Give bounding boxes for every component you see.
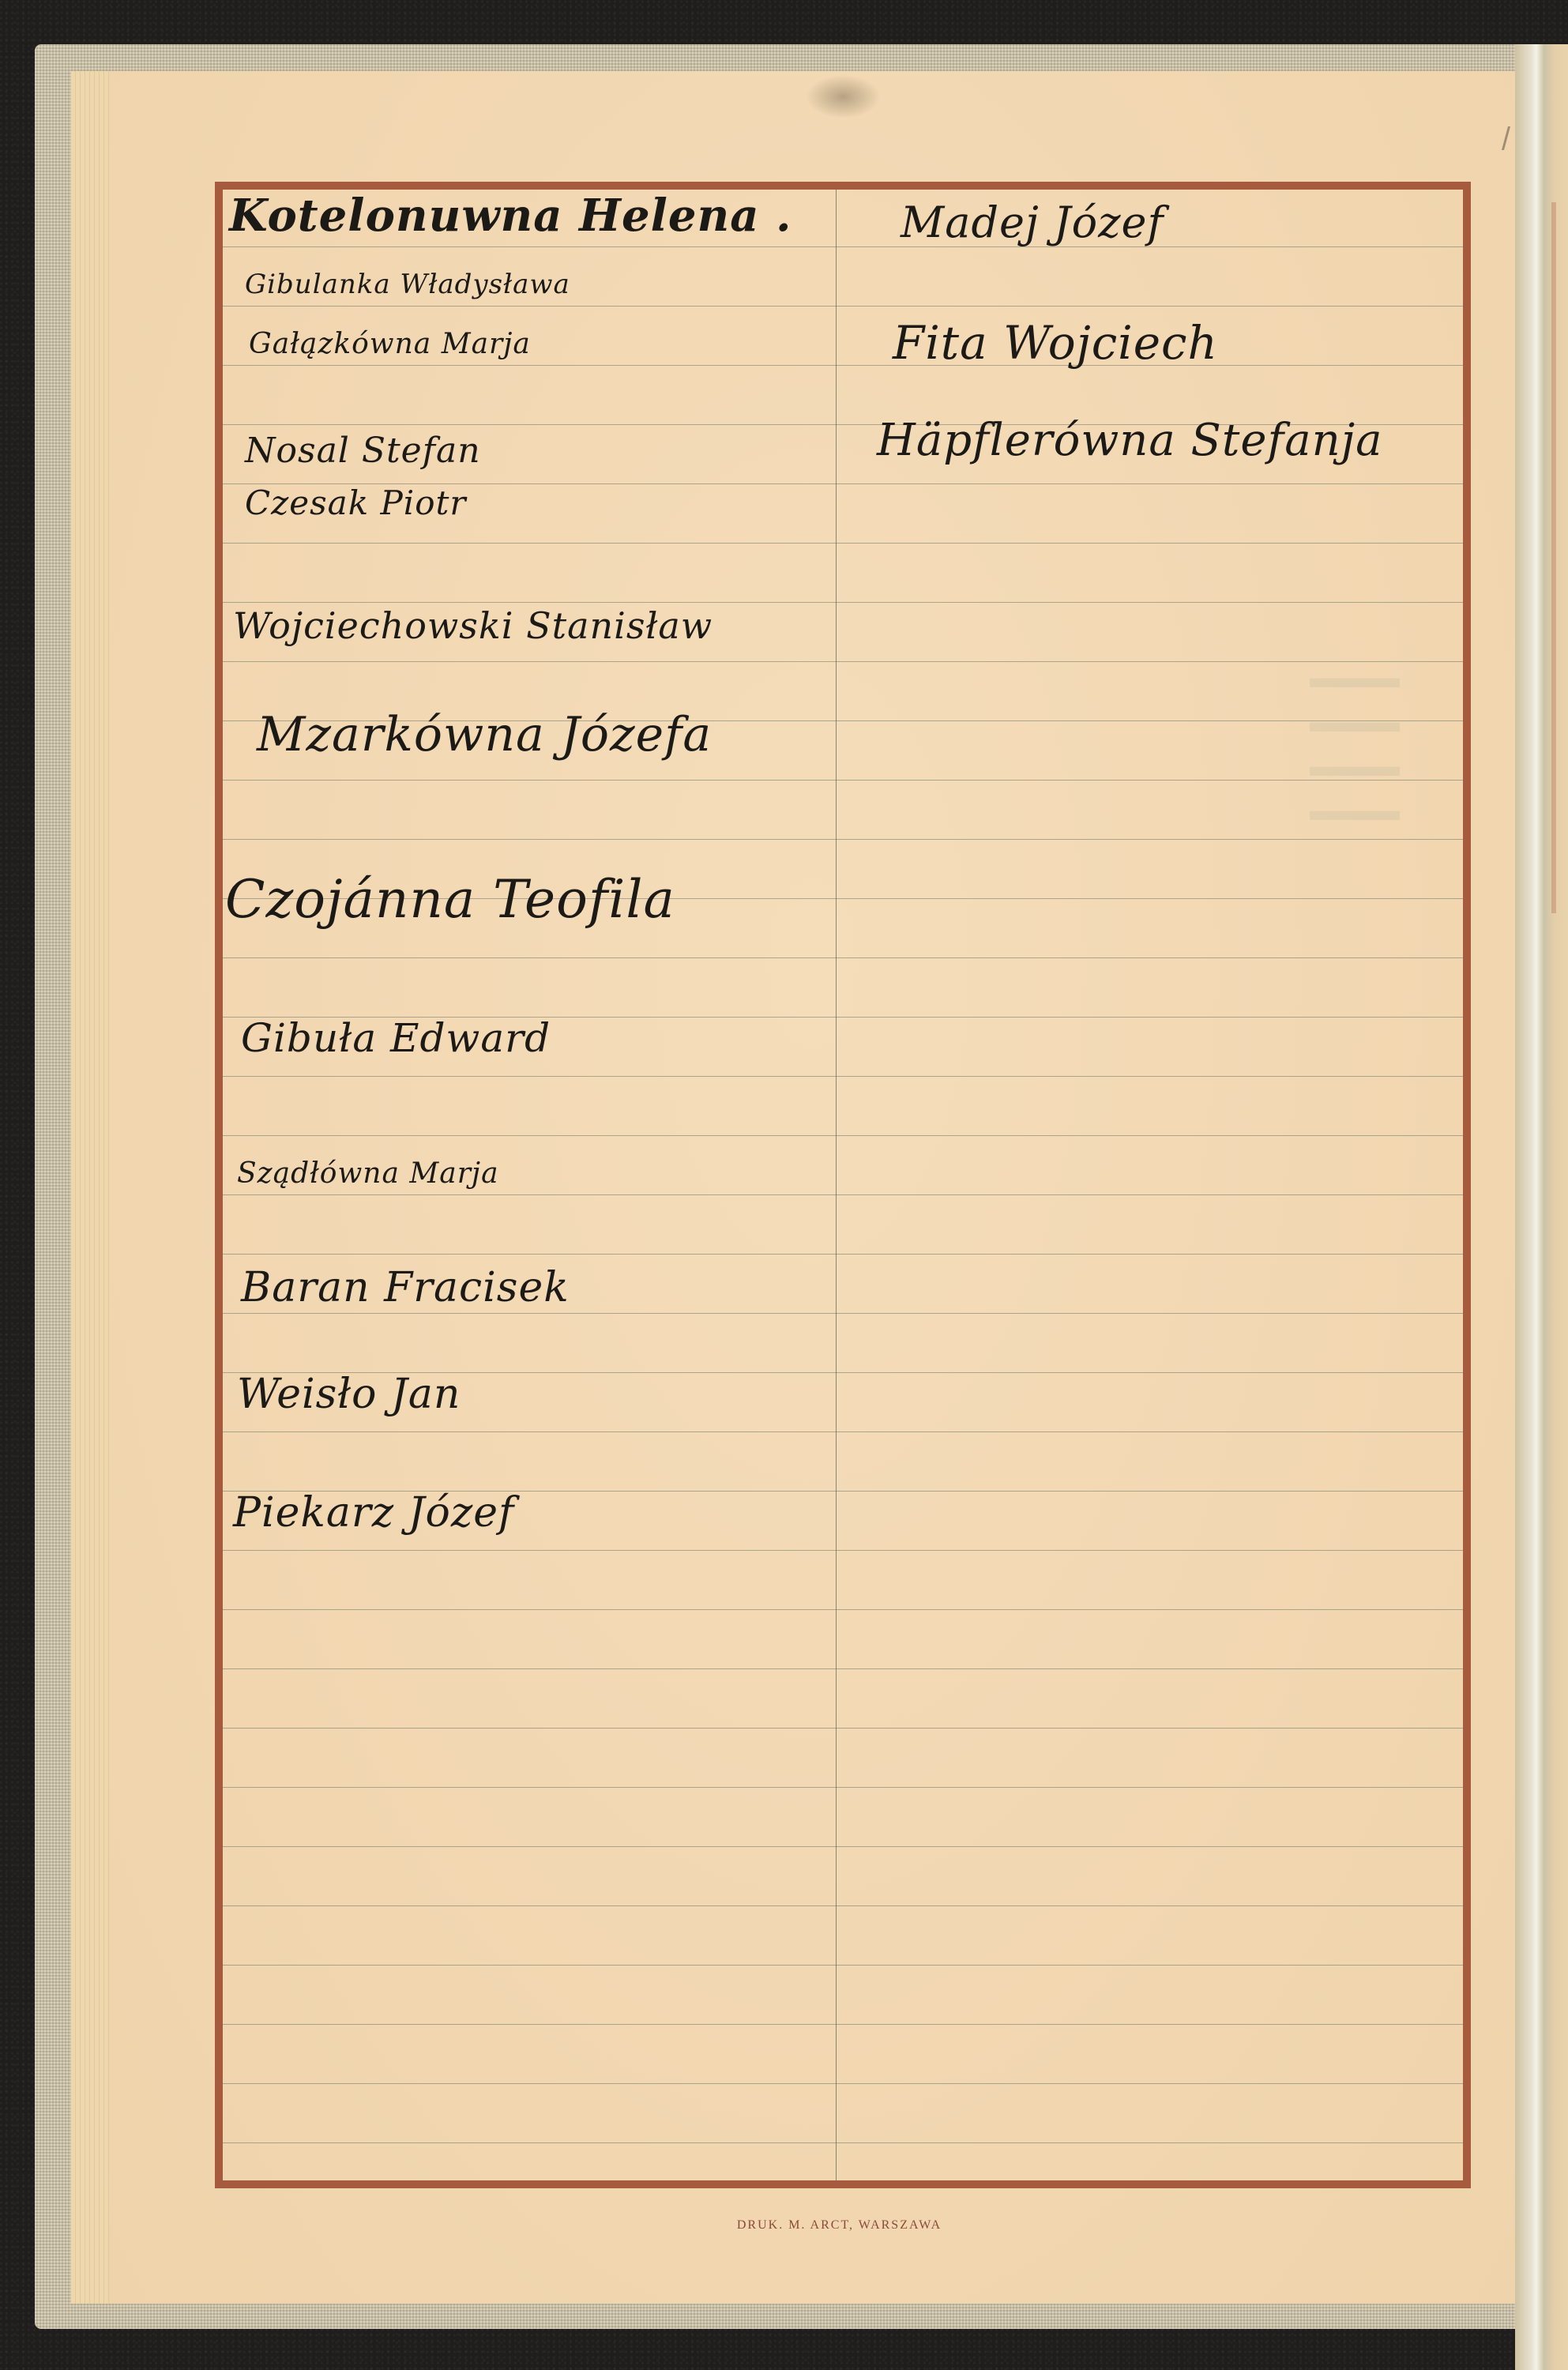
name-entry: Wojciechowski Stanisław [233,604,713,647]
name-entry: Fita Wojciech [893,316,1218,370]
page-edges [71,71,111,2304]
name-entry: Nosal Stefan [245,431,481,471]
printer-imprint: DRUK. M. ARCT, WARSZAWA [0,2218,1568,2233]
name-entry: Madej Józef [901,197,1164,247]
name-entry: Gałązkówna Marja [249,328,531,360]
name-entry: Weisło Jan [237,1371,461,1418]
facing-page-ornament [1551,202,1568,913]
name-entry: Kotelonuwna Helena . [229,190,792,242]
name-entry: Mzarkówna Józefa [257,707,712,762]
name-entry: Gibulanka Władysława [245,269,570,300]
name-entry: Häpflerówna Stefanja [877,415,1382,466]
name-entry: Czojánna Teofila [225,869,675,930]
name-entry: Czesak Piotr [245,483,466,522]
name-entry: Gibuła Edward [241,1015,551,1061]
book-spine-edge [1515,44,1568,2370]
name-entry: Piekarz Józef [233,1489,514,1537]
name-entry: Baran Fracisek [241,1264,570,1311]
name-entry: Sządłówna Marja [237,1157,499,1190]
bleed-through-print: ▬▬▬▬▬▬▬▬▬▬▬▬ [1264,656,1446,893]
ink-smudge [806,75,881,118]
